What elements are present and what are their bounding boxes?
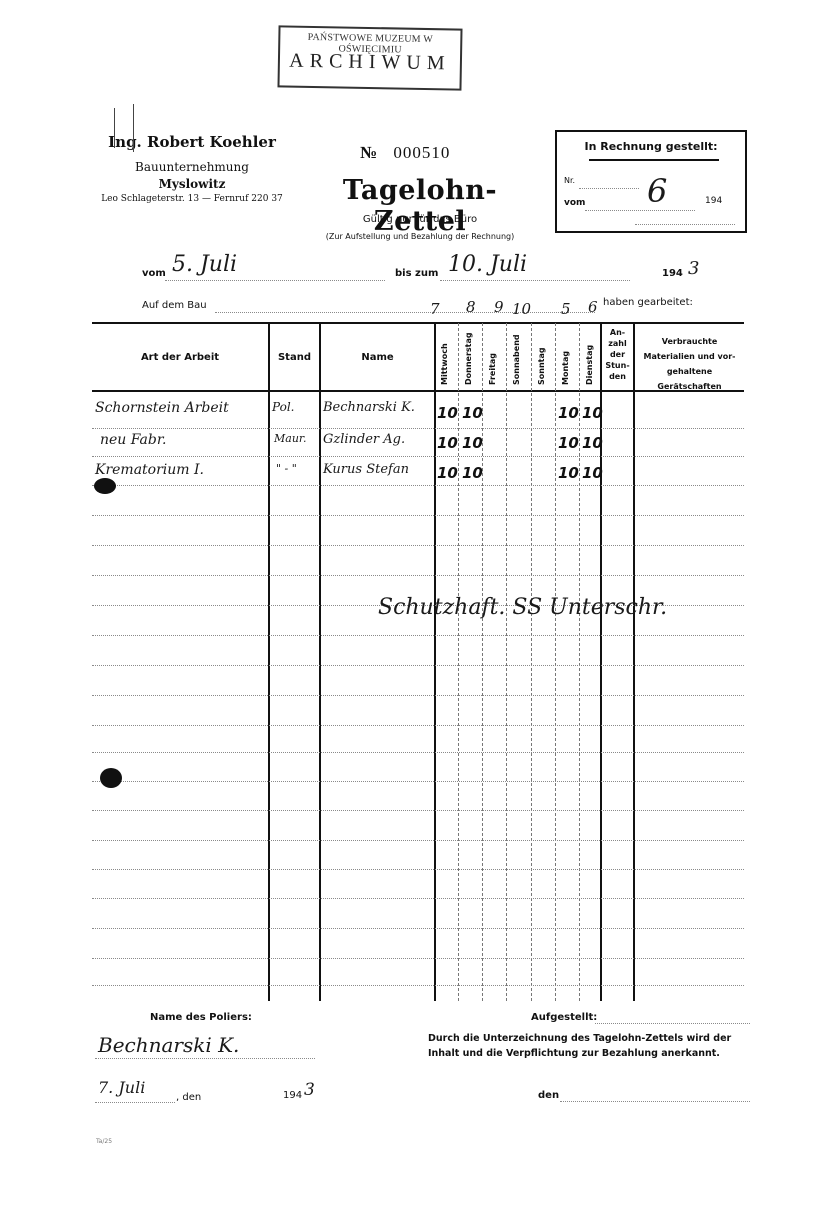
header-hours-line: Stun- — [602, 360, 633, 371]
header-hours: An- zahl der Stun- den — [602, 327, 633, 382]
foreman-date-line — [95, 1102, 175, 1103]
period-from-label: vom — [142, 268, 166, 279]
row-hours-mon: 10 — [558, 404, 579, 422]
row-stand: Pol. — [272, 400, 294, 414]
invoice-vom-label: vom — [564, 198, 585, 208]
row-line — [92, 635, 744, 636]
header-day-thu: Donnerstag — [464, 332, 473, 385]
row-line — [92, 898, 744, 899]
invoice-vom-field — [585, 210, 695, 211]
row-line — [92, 985, 744, 986]
row-line — [92, 575, 744, 576]
header-day-sat: Sonnabend — [512, 334, 521, 385]
foreman-signature: Bechnarski K. — [98, 1033, 239, 1057]
row-hours-mon: 10 — [558, 434, 579, 452]
row-line — [92, 665, 744, 666]
period-to-value: 10. Juli — [448, 252, 527, 277]
header-hours-line: der — [602, 349, 633, 360]
row-line — [92, 456, 744, 457]
pencil-mark — [133, 104, 134, 152]
archive-reference: Ta/25 — [96, 1138, 112, 1145]
number-symbol: № — [360, 143, 378, 162]
row-hours-wed: 10 — [437, 434, 458, 452]
period-to-field — [440, 280, 630, 281]
header-materials-line: gehaltene Gerätschaften — [635, 364, 744, 394]
header-name: Name — [321, 352, 434, 363]
row-hours-thu: 10 — [462, 404, 483, 422]
day-divider — [506, 323, 507, 1001]
row-hours-thu: 10 — [462, 464, 483, 482]
table-top-border — [92, 322, 744, 324]
row-hours-tue: 10 — [582, 434, 603, 452]
column-divider — [434, 323, 436, 1001]
row-work: Schornstein Arbeit — [95, 400, 229, 416]
invoice-box: In Rechnung gestellt: Nr. vom 6 194 — [555, 130, 747, 233]
header-materials-line: Verbrauchte — [635, 334, 744, 349]
header-day-wed: Mittwoch — [440, 343, 449, 385]
number-value: 000510 — [393, 143, 450, 162]
day-date-sat: 10 — [512, 300, 531, 318]
company-name: Ing. Robert Koehler — [92, 133, 292, 151]
row-line — [92, 840, 744, 841]
row-hours-wed: 10 — [437, 404, 458, 422]
foreman-signature-line — [95, 1058, 315, 1059]
period-year-label: 194 — [662, 268, 683, 279]
invoice-heading-underline — [589, 159, 719, 161]
day-date-thu: 8 — [466, 298, 476, 316]
foreman-date: 7. Juli — [98, 1078, 145, 1097]
foreman-year-label: 194 — [283, 1090, 302, 1101]
day-divider — [458, 323, 459, 1001]
header-day-fri: Freitag — [488, 353, 497, 385]
ss-signature: Schutzhaft. SS Unterschr. — [378, 595, 667, 620]
row-line — [92, 428, 744, 429]
row-line — [92, 725, 744, 726]
header-hours-line: den — [602, 371, 633, 382]
row-line — [92, 752, 744, 753]
pencil-mark — [114, 108, 115, 148]
invoice-heading: In Rechnung gestellt: — [557, 140, 745, 153]
header-hours-line: zahl — [602, 338, 633, 349]
day-date-wed: 7 — [430, 300, 440, 318]
day-divider — [555, 323, 556, 1001]
row-hours-wed: 10 — [437, 464, 458, 482]
header-day-mon: Montag — [561, 351, 570, 385]
invoice-extra-line — [635, 224, 735, 225]
header-work: Art der Arbeit — [92, 352, 268, 363]
row-name: Kurus Stefan — [323, 462, 409, 477]
row-line — [92, 515, 744, 516]
acknowledgement-text: Durch die Unterzeichnung des Tagelohn-Ze… — [428, 1031, 758, 1061]
row-hours-tue: 10 — [582, 404, 603, 422]
invoice-year-label: 194 — [705, 196, 722, 206]
invoice-nr-label: Nr. — [564, 176, 575, 185]
header-materials-line: Materialien und vor- — [635, 349, 744, 364]
row-work: neu Fabr. — [100, 432, 166, 448]
document-number: № 000510 — [360, 143, 490, 163]
column-divider — [319, 323, 321, 1001]
row-work: Krematorium I. — [95, 462, 204, 478]
row-line — [92, 485, 744, 486]
row-stand: Maur. — [274, 432, 306, 445]
row-line — [92, 545, 744, 546]
foreman-year-value: 3 — [304, 1080, 315, 1100]
row-line — [92, 781, 744, 782]
header-hours-line: An- — [602, 327, 633, 338]
invoice-nr-field — [579, 188, 639, 189]
row-name: Gzlinder Ag. — [323, 432, 405, 447]
company-business: Bauunternehmung — [92, 160, 292, 174]
row-line — [92, 869, 744, 870]
period-year-value: 3 — [688, 258, 699, 279]
row-line — [92, 810, 744, 811]
worked-label: haben gearbeitet: — [603, 297, 693, 308]
company-address: Leo Schlageterstr. 13 — Fernruf 220 37 — [92, 194, 292, 204]
document-title: Tagelohn-Zettel — [300, 175, 540, 237]
created-den-label: den — [538, 1090, 559, 1101]
row-hours-mon: 10 — [558, 464, 579, 482]
ink-blot — [94, 478, 116, 494]
day-date-tue: 6 — [588, 298, 598, 316]
day-divider — [482, 323, 483, 1001]
day-date-mon: 5 — [561, 300, 571, 318]
column-divider — [600, 323, 602, 1001]
header-day-sun: Sonntag — [537, 347, 546, 385]
acknowledgement-line-1: Durch die Unterzeichnung des Tagelohn-Ze… — [428, 1031, 758, 1046]
foreman-label: Name des Poliers: — [150, 1012, 252, 1023]
invoice-number-value: 6 — [647, 172, 667, 210]
column-divider — [633, 323, 635, 1001]
site-label: Auf dem Bau — [142, 300, 207, 311]
day-date-fri: 9 — [494, 298, 504, 316]
period-to-label: bis zum — [395, 268, 438, 279]
row-name: Bechnarski K. — [323, 400, 415, 415]
created-line — [595, 1023, 750, 1024]
ink-blot — [100, 768, 122, 788]
row-line — [92, 958, 744, 959]
day-divider — [579, 323, 580, 1001]
created-label: Aufgestellt: — [531, 1012, 597, 1023]
day-divider — [531, 323, 532, 1001]
column-divider — [268, 323, 270, 1001]
foreman-den-label: , den — [176, 1092, 201, 1103]
acknowledgement-line-2: Inhalt und die Verpflichtung zur Bezahlu… — [428, 1046, 758, 1061]
row-line — [92, 695, 744, 696]
row-line — [92, 928, 744, 929]
company-city: Myslowitz — [92, 177, 292, 191]
header-materials: Verbrauchte Materialien und vor- gehalte… — [635, 334, 744, 394]
row-hours-thu: 10 — [462, 434, 483, 452]
stamp-archive-line: ARCHIWUM — [280, 49, 460, 75]
document-subtitle: Gültig nur für das Büro — [300, 214, 540, 225]
archive-stamp: PAŃSTWOWE MUZEUM W OŚWIĘCIMIU ARCHIWUM — [277, 25, 462, 90]
header-stand: Stand — [270, 352, 319, 363]
created-date-line — [560, 1101, 750, 1102]
site-field — [215, 312, 595, 313]
row-stand: " - " — [276, 462, 297, 475]
period-from-value: 5. Juli — [172, 252, 237, 277]
period-from-field — [165, 280, 385, 281]
header-day-tue: Dienstag — [585, 345, 594, 385]
document-subtitle-note: (Zur Aufstellung und Bezahlung der Rechn… — [300, 232, 540, 241]
row-hours-tue: 10 — [582, 464, 603, 482]
